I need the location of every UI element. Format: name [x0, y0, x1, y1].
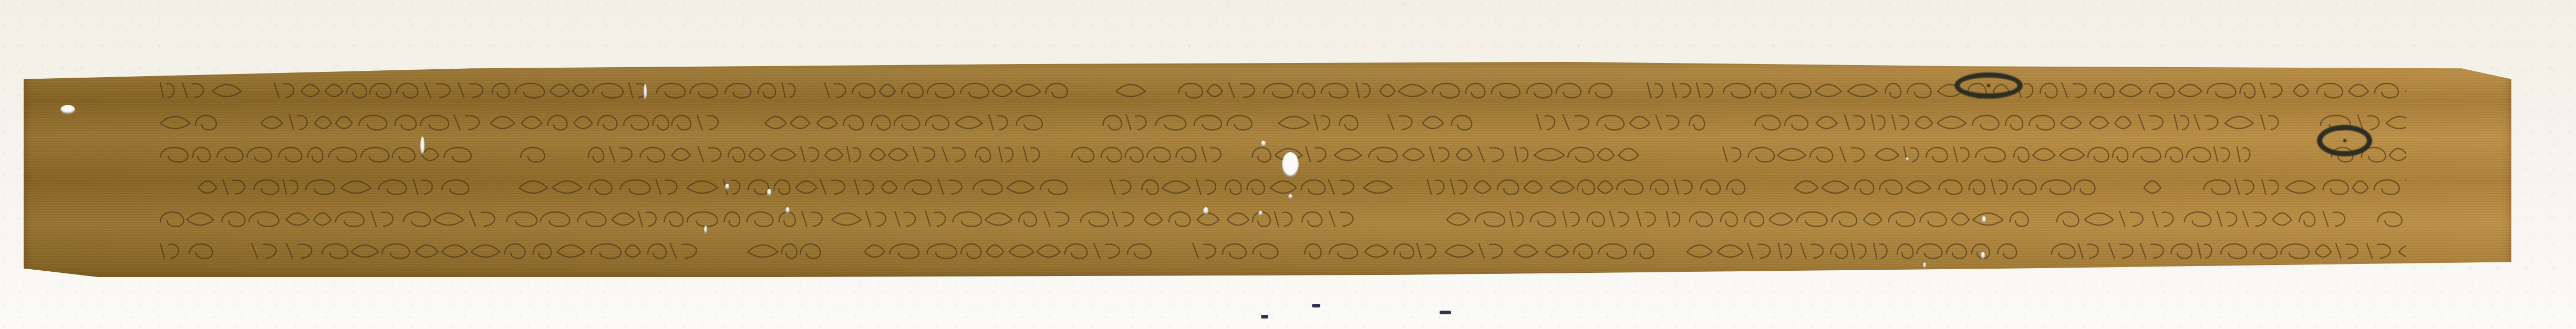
palm-leaf-manuscript [24, 62, 2511, 277]
worm-hole [1261, 141, 1266, 147]
worm-hole [1288, 194, 1292, 199]
script-line [160, 110, 2406, 133]
worm-hole [1258, 211, 1263, 216]
worm-hole [644, 84, 647, 100]
ink-mark [1440, 311, 1451, 314]
binding-hole-2 [2317, 125, 2372, 156]
script-line [160, 78, 2406, 101]
worm-hole [60, 105, 75, 114]
worm-hole [1203, 207, 1208, 215]
worm-hole [1923, 262, 1926, 269]
ink-mark [1261, 315, 1268, 319]
worm-hole [420, 136, 425, 155]
worm-hole [1981, 252, 1985, 259]
script-line [160, 174, 2406, 197]
worm-hole [1906, 157, 1909, 162]
binding-hole-center [1987, 84, 1990, 87]
worm-hole [1282, 152, 1299, 177]
ink-mark [1312, 304, 1320, 307]
binding-hole-center [2343, 139, 2346, 142]
script-glyphs [160, 174, 2406, 197]
worm-hole [704, 226, 707, 234]
script-glyphs [160, 78, 2406, 101]
worm-hole [725, 184, 729, 190]
worm-hole [785, 207, 790, 214]
script-glyphs [160, 238, 2406, 261]
script-glyphs [160, 110, 2406, 133]
worm-hole [1982, 216, 1986, 224]
script-line [160, 238, 2406, 261]
script-line [160, 206, 2406, 229]
binding-hole-1 [1954, 72, 2023, 99]
script-glyphs [160, 206, 2406, 229]
worm-hole [767, 189, 771, 196]
